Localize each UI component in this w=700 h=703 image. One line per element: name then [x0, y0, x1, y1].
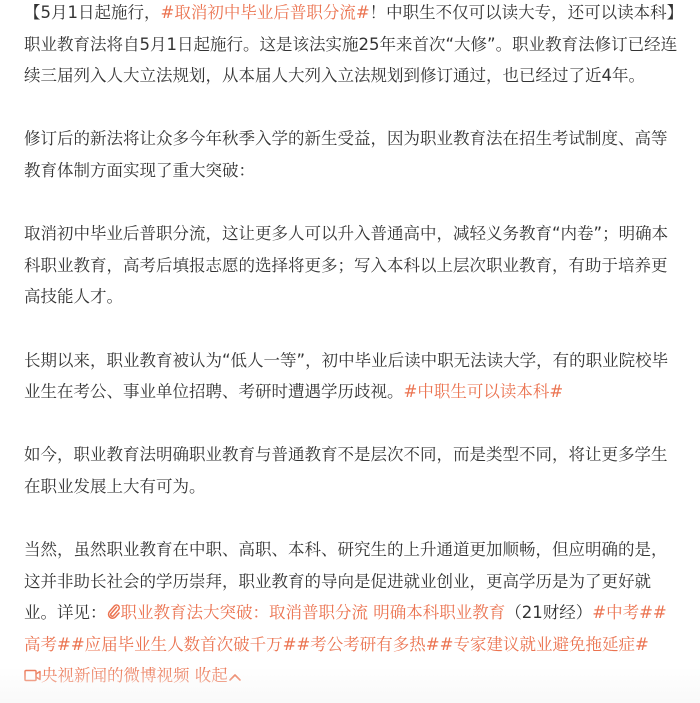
paragraph-1: 【5月1日起施行，#取消初中毕业后普职分流#！中职生不仅可以读大专，还可以读本科…	[24, 0, 680, 92]
video-icon	[24, 668, 41, 683]
paragraph-5: 如今，职业教育法明确职业教育与普通教育不是层次不同，而是类型不同，将让更多学生在…	[24, 439, 680, 502]
paragraph-4: 长期以来，职业教育被认为“低人一等”，初中毕业后读中职无法读大学，有的职业院校毕…	[24, 345, 680, 408]
video-link-label: 央视新闻的微博视频	[41, 666, 190, 685]
paragraph-2: 修订后的新法将让众多今年秋季入学的新生受益，因为职业教育法在招生考试制度、高等教…	[24, 123, 680, 186]
article-link[interactable]: 职业教育法大突破：取消普职分流 明确本科职业教育	[107, 603, 506, 622]
hashtag-link-expert-advice[interactable]: #专家建议就业避免拖延症#	[440, 635, 649, 654]
chevron-up-icon	[228, 671, 242, 683]
paragraph-3: 取消初中毕业后普职分流，这让更多人可以升入普通高中，减轻义务教育“内卷”；明确本…	[24, 218, 680, 313]
weibo-post-body: 【5月1日起施行，#取消初中毕业后普职分流#！中职生不仅可以读大专，还可以读本科…	[24, 0, 680, 692]
hashtag-link-zhongkao[interactable]: #中考#	[592, 603, 653, 622]
collapse-button[interactable]: 收起	[195, 666, 242, 685]
paragraph-6: 当然，虽然职业教育在中职、高职、本科、研究生的上升通道更加顺畅，但应明确的是，这…	[24, 534, 680, 692]
collapse-label: 收起	[195, 666, 228, 685]
article-link-label: 职业教育法大突破：取消普职分流 明确本科职业教育	[121, 603, 506, 622]
hashtag-link[interactable]: #取消初中毕业后普职分流#	[161, 3, 370, 22]
link-icon	[107, 604, 121, 620]
headline-lead: 【5月1日起施行，	[24, 3, 161, 22]
video-link[interactable]: 央视新闻的微博视频	[24, 666, 190, 685]
hashtag-link-graduates[interactable]: #应届毕业生人数首次破千万#	[71, 635, 297, 654]
hashtag-link[interactable]: #中职生可以读本科#	[404, 382, 564, 401]
paragraph-text: 长期以来，职业教育被认为“低人一等”，初中毕业后读中职无法读大学，有的职业院校毕…	[24, 351, 668, 402]
hashtag-link-civil-exam[interactable]: #考公考研有多热#	[296, 635, 439, 654]
source-label: （21财经）	[505, 603, 592, 622]
